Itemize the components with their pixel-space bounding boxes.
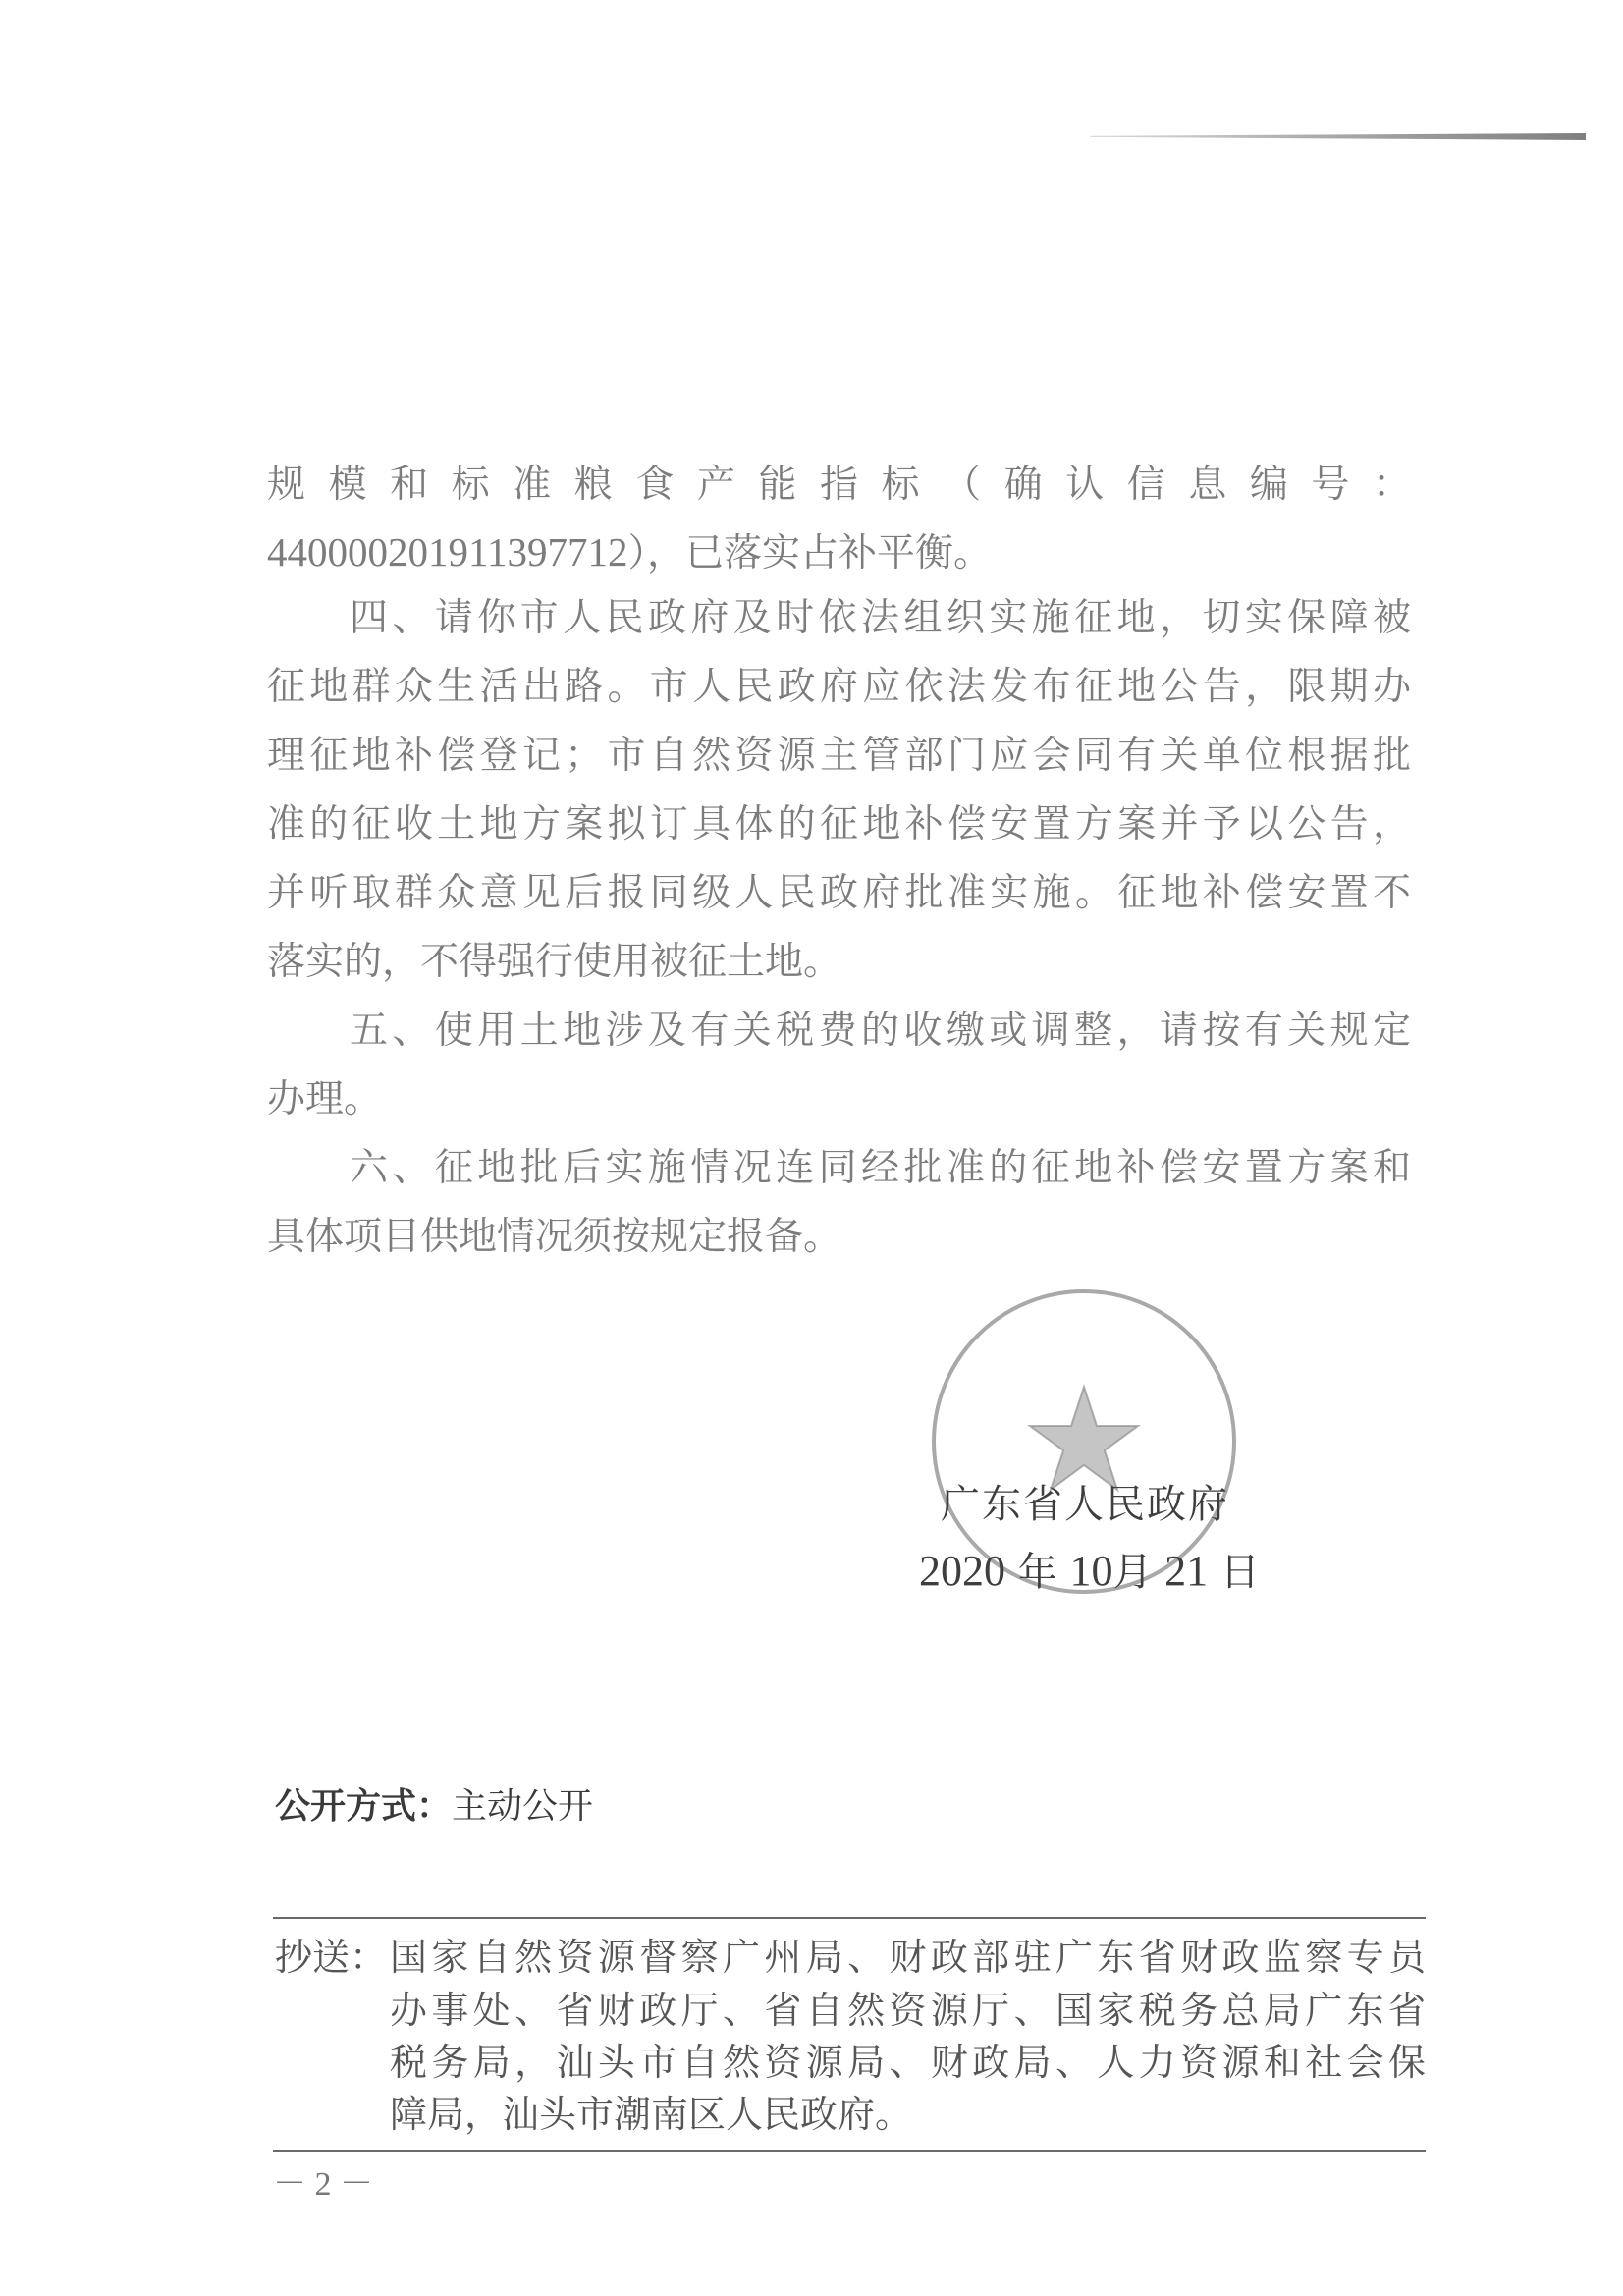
paragraph-6-line-2: 具体项目供地情况须按规定报备。 xyxy=(267,1216,1411,1259)
paragraph-4-line-1: 四、请你市人民政府及时依法组织实施征地，切实保障被 xyxy=(267,597,1411,640)
paragraph-4-line-3: 理征地补偿登记；市自然资源主管部门应会同有关单位根据批 xyxy=(267,735,1411,778)
cc-line-2: 办事处、省财政厅、省自然资源厅、国家税务总局广东省 xyxy=(390,1989,1426,2032)
issuer-name: 广东省人民政府 xyxy=(941,1483,1229,1526)
paragraph-5-line-2: 办理。 xyxy=(267,1078,1411,1121)
disclosure-value: 主动公开 xyxy=(452,1786,593,1827)
cc-line-1: 国家自然资源督察广州局、财政部驻广东省财政监察专员 xyxy=(390,1936,1426,1979)
date-year: 2020 xyxy=(919,1547,1005,1595)
body-line-2: 440000201911397712），已落实占补平衡。 xyxy=(267,530,1411,574)
paragraph-4-line-6: 落实的，不得强行使用被征土地。 xyxy=(267,941,1411,984)
header-rule xyxy=(1090,133,1586,140)
body-line-2-tail: ），已落实占补平衡。 xyxy=(627,531,992,575)
paragraph-4-line-4: 准的征收土地方案拟订具体的征地补偿安置方案并予以公告， xyxy=(267,803,1411,847)
paragraph-6-line-1: 六、征地批后实施情况连同经批准的征地补偿安置方案和 xyxy=(267,1147,1411,1190)
date-month-unit: 月 xyxy=(1112,1550,1152,1595)
body-line-1: 规模和标准粮食产能指标（确认信息编号： xyxy=(267,464,1411,507)
cc-line-4: 障局，汕头市潮南区人民政府。 xyxy=(390,2093,1426,2136)
cc-label: 抄送： xyxy=(275,1936,387,1979)
paragraph-4-line-2: 征地群众生活出路。市人民政府应依法发布征地公告，限期办 xyxy=(267,666,1411,709)
cc-bottom-rule xyxy=(273,2150,1426,2152)
date-month: 10 xyxy=(1069,1547,1112,1595)
paragraph-5-line-1: 五、使用土地涉及有关税费的收缴或调整，请按有关规定 xyxy=(267,1010,1411,1053)
date-day-unit: 日 xyxy=(1220,1550,1260,1595)
date-year-unit: 年 xyxy=(1018,1550,1057,1595)
disclosure-label: 公开方式： xyxy=(275,1786,452,1827)
disclosure-mode: 公开方式：主动公开 xyxy=(275,1785,593,1829)
seal-star-icon xyxy=(936,1293,1232,1590)
date-day: 21 xyxy=(1164,1547,1208,1595)
cc-line-3: 税务局，汕头市自然资源局、财政局、人力资源和社会保 xyxy=(390,2041,1426,2084)
cc-top-rule xyxy=(273,1917,1426,1919)
issue-date: 2020 年 10月 21 日 xyxy=(919,1550,1260,1594)
page-number: － 2 － xyxy=(273,2157,373,2205)
paragraph-4-line-5: 并听取群众意见后报同级人民政府批准实施。征地补偿安置不 xyxy=(267,872,1411,915)
confirmation-number: 440000201911397712 xyxy=(267,529,627,574)
